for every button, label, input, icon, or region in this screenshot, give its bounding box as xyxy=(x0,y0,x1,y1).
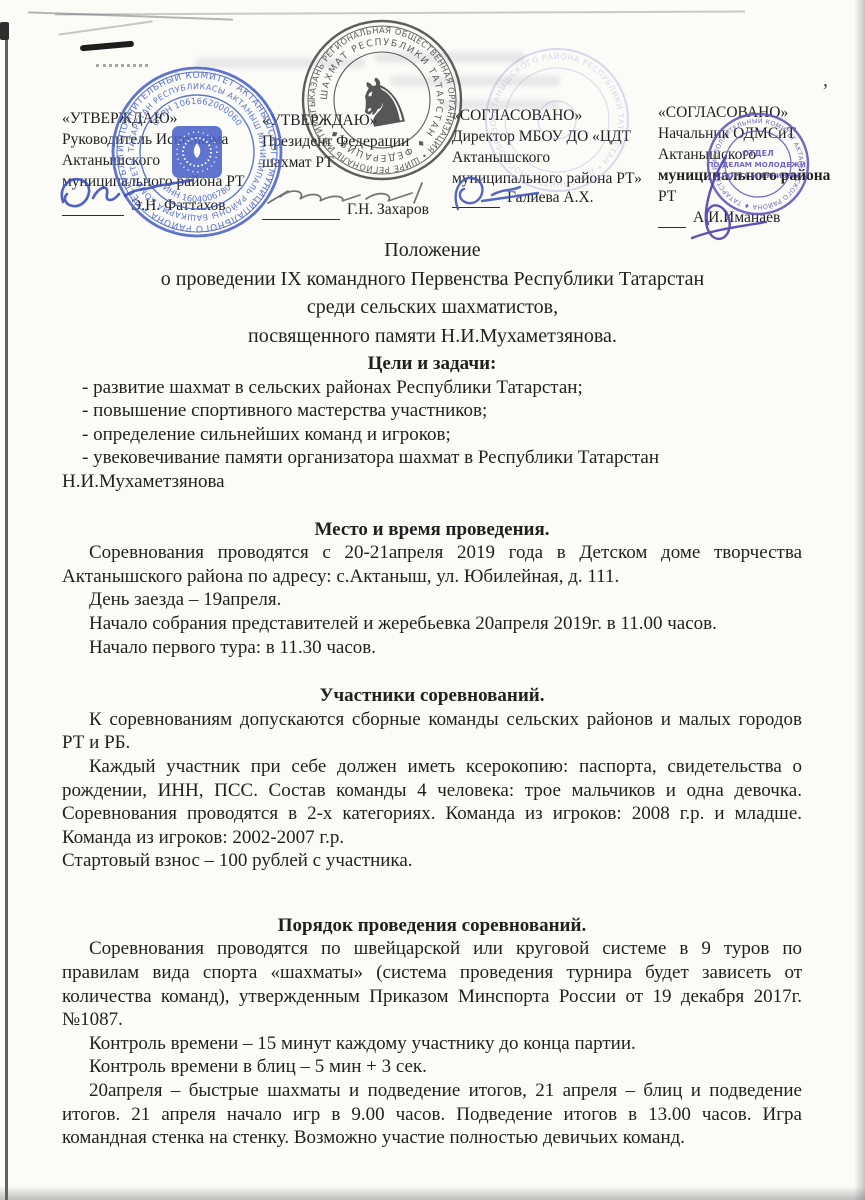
text-line: РТ и РБ. xyxy=(62,731,802,755)
text-line: - определение сильнейших команд и игроко… xyxy=(62,423,802,447)
title-line: среди сельских шахматистов, xyxy=(0,293,865,322)
scan-edge-bottom xyxy=(0,1186,865,1200)
scan-edge-left xyxy=(5,26,8,1200)
document-title: Положение о проведении IX командного Пер… xyxy=(0,236,865,350)
text-line: Соревнования проводятся с 20-21апреля 20… xyxy=(62,541,802,565)
document-body: Цели и задачи: - развитие шахмат в сельс… xyxy=(62,352,802,1150)
scan-edge-top xyxy=(55,10,745,15)
text-line: Начало собрания представителей и жеребье… xyxy=(62,612,802,636)
text-line: Актанышского района по адресу: с.Актаныш… xyxy=(62,565,802,589)
text-line: Стартовый взнос – 100 рублей с участника… xyxy=(62,849,802,873)
text-line: №1087. xyxy=(62,1008,802,1032)
pen-stroke-mark xyxy=(80,41,134,52)
section-heading: Цели и задачи: xyxy=(62,352,802,376)
signature-fattakhov xyxy=(55,168,205,223)
text-line: - развитие шахмат в сельских районах Рес… xyxy=(62,376,802,400)
text-line: Команда из игроков: 2002-2007 г.р. xyxy=(62,826,802,850)
scanned-document-page: ’ «УТВЕРЖДАЮ» Руководитель Исполкома Акт… xyxy=(0,0,865,1200)
text-line: командная стенка на стенку. Возможно уча… xyxy=(62,1126,802,1150)
knight-icon: ♞ xyxy=(347,59,419,145)
text-line: Н.И.Мухаметзянова xyxy=(62,470,802,494)
text-line: количества команд), утвержденным Приказо… xyxy=(62,985,802,1009)
section-venue: Место и время проведения. Соревнования п… xyxy=(62,518,802,660)
text-line: - повышение спортивного мастерства участ… xyxy=(62,399,802,423)
text-line: итогов. 21 апреля начало игр в 9.00 часо… xyxy=(62,1103,802,1127)
section-heading: Участники соревнований. xyxy=(62,684,802,708)
text-line: Контроль времени в блиц – 5 мин + 3 сек. xyxy=(62,1055,802,1079)
text-line: правилам вида спорта «шахматы» (система … xyxy=(62,961,802,985)
chess-federation-stamp: КАЗАНЬ РЕГИОНАЛЬНАЯ ОБЩЕСТВЕННАЯ ОРГАНИЗ… xyxy=(299,17,465,183)
signature-galieva xyxy=(442,165,552,220)
text-line: Каждый участник при себе должен иметь кс… xyxy=(62,755,802,779)
text-line: Контроль времени – 15 минут каждому учас… xyxy=(62,1032,802,1056)
title-line: посвященного памяти Н.И.Мухаметзянова. xyxy=(0,322,865,351)
text-line: 20апреля – быстрые шахматы и подведение … xyxy=(62,1079,802,1103)
text-line: Начало первого тура: в 11.30 часов. xyxy=(62,636,802,660)
section-participants: Участники соревнований. К соревнованиям … xyxy=(62,684,802,873)
apostrophe-artifact: ’ xyxy=(822,80,829,103)
scan-scribble xyxy=(58,20,152,35)
stamp-ogrn-text: ОГРН 1061662000060 xyxy=(151,97,244,128)
text-line: День заезда – 19апреля. xyxy=(62,588,802,612)
scan-corner-mark xyxy=(0,22,9,40)
section-goals: Цели и задачи: - развитие шахмат в сельс… xyxy=(62,352,802,494)
section-heading: Место и время проведения. xyxy=(62,518,802,542)
svg-text:ОГРН 1061662000060: ОГРН 1061662000060 xyxy=(151,97,244,128)
text-line: - увековечивание памяти организатора шах… xyxy=(62,446,802,470)
signature-imanaev xyxy=(682,150,802,250)
text-line: Соревнования проводятся по швейцарской и… xyxy=(62,937,802,961)
section-procedure: Порядок проведения соревнований. Соревно… xyxy=(62,914,802,1150)
signature-zakharov xyxy=(262,175,432,215)
title-line: о проведении IX командного Первенства Ре… xyxy=(0,265,865,294)
text-line: Соревнования проводятся в 2-х категориях… xyxy=(62,802,802,826)
text-line: рождении, ИНН, ПСС. Состав команды 4 чел… xyxy=(62,779,802,803)
text-line: К соревнованиям допускаются сборные кома… xyxy=(62,708,802,732)
section-heading: Порядок проведения соревнований. xyxy=(62,914,802,938)
